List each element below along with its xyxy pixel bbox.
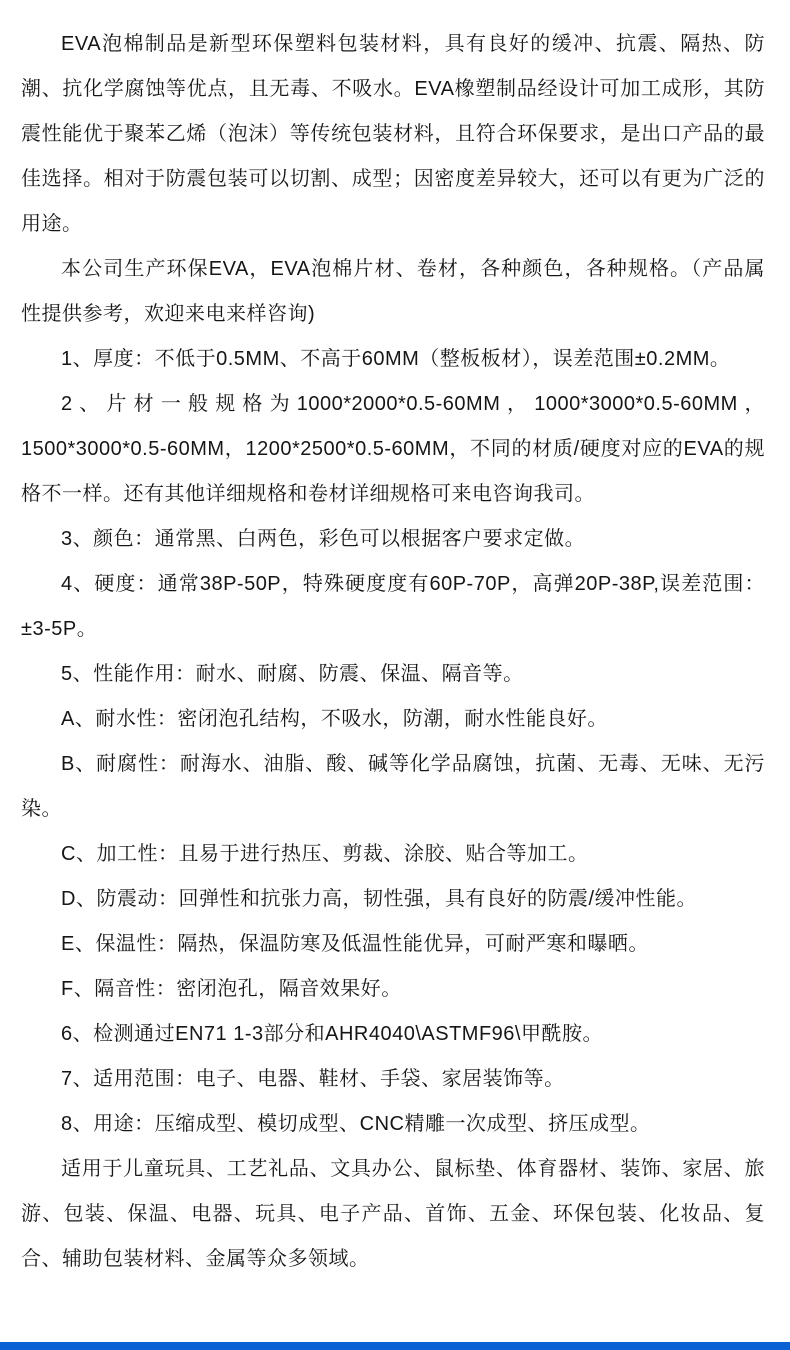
spec-hardness: 4、硬度：通常38P-50P，特殊硬度度有60P-70P，高弹20P-38P,误… [21, 562, 765, 652]
perf-shock-absorption: D、防震动：回弹性和抗张力高，韧性强，具有良好的防震/缓冲性能。 [21, 877, 765, 922]
spec-usage: 8、用途：压缩成型、模切成型、CNC精雕一次成型、挤压成型。 [21, 1102, 765, 1147]
perf-workability: C、加工性：且易于进行热压、剪裁、涂胶、贴合等加工。 [21, 832, 765, 877]
perf-water-resistance: A、耐水性：密闭泡孔结构，不吸水，防潮，耐水性能良好。 [21, 697, 765, 742]
spec-certification: 6、检测通过EN71 1-3部分和AHR4040\ASTMF96\甲酰胺。 [21, 1012, 765, 1057]
perf-corrosion-resistance: B、耐腐性：耐海水、油脂、酸、碱等化学品腐蚀，抗菌、无毒、无味、无污染。 [21, 742, 765, 832]
company-paragraph: 本公司生产环保EVA，EVA泡棉片材、卷材，各种颜色，各种规格。（产品属性提供参… [21, 247, 765, 337]
perf-sound-insulation: F、隔音性：密闭泡孔，隔音效果好。 [21, 967, 765, 1012]
spec-thickness: 1、厚度：不低于0.5MM、不高于60MM（整板板材），误差范围±0.2MM。 [21, 337, 765, 382]
perf-heat-insulation: E、保温性：隔热，保温防寒及低温性能优异，可耐严寒和曝晒。 [21, 922, 765, 967]
product-description-document: EVA泡棉制品是新型环保塑料包装材料，具有良好的缓冲、抗震、隔热、防潮、抗化学腐… [21, 22, 765, 1282]
intro-paragraph: EVA泡棉制品是新型环保塑料包装材料，具有良好的缓冲、抗震、隔热、防潮、抗化学腐… [21, 22, 765, 247]
closing-paragraph: 适用于儿童玩具、工艺礼品、文具办公、鼠标垫、体育器材、装饰、家居、旅游、包装、保… [21, 1147, 765, 1282]
spec-performance: 5、性能作用：耐水、耐腐、防震、保温、隔音等。 [21, 652, 765, 697]
spec-application-scope: 7、适用范围：电子、电器、鞋材、手袋、家居装饰等。 [21, 1057, 765, 1102]
spec-sheet-size: 2、片材一般规格为1000*2000*0.5-60MM，1000*3000*0.… [21, 382, 765, 517]
bottom-divider-bar [0, 1342, 790, 1350]
spec-color: 3、颜色：通常黑、白两色，彩色可以根据客户要求定做。 [21, 517, 765, 562]
